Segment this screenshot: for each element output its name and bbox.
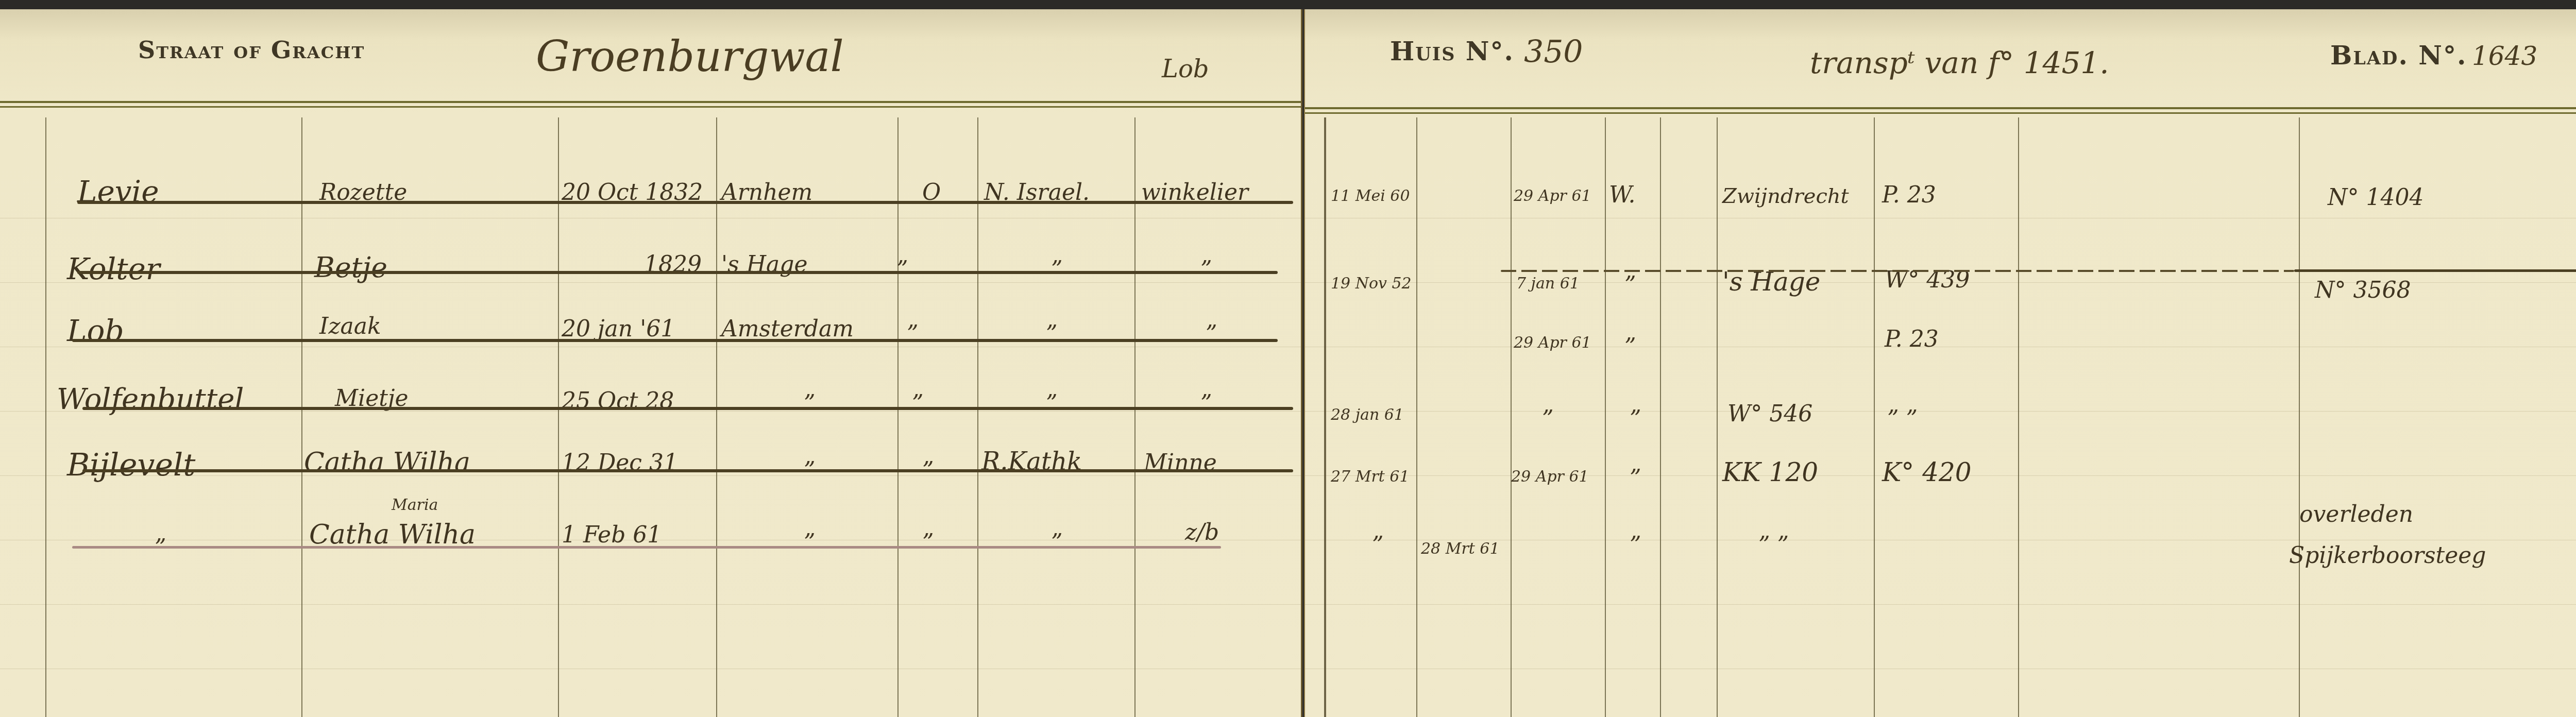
given-names-cell: Betje — [314, 251, 387, 284]
registration-date-cell: 29 Apr 61 — [1514, 187, 1591, 205]
street-name: Groenburgwal — [536, 32, 844, 81]
column-line — [1511, 117, 1512, 717]
civil-state-cell: ” — [922, 530, 934, 556]
strikethrough-line-red — [72, 546, 1221, 549]
mark-cell: ” — [1630, 406, 1641, 432]
header-rule-top — [1305, 107, 2576, 109]
birthplace-cell: ” — [804, 530, 816, 556]
strikethrough-line — [2294, 269, 2576, 272]
column-line — [897, 117, 899, 717]
remarks-cell: Spijkerboorsteeg — [2289, 542, 2486, 569]
strikethrough-line — [82, 407, 1293, 410]
given-names-line1-cell: Maria — [392, 496, 438, 514]
sheet-number: 1643 — [2472, 41, 2537, 71]
column-line — [2299, 117, 2300, 717]
birth-date-cell: 1 Feb 61 — [562, 522, 662, 548]
transport-note: transpᵗ van f° 1451. — [1810, 45, 2109, 80]
header-rule-bottom — [0, 106, 1301, 108]
remarks-cell: N° 1404 — [2328, 184, 2424, 211]
strikethrough-line — [77, 201, 1293, 204]
civil-state-cell: ” — [896, 257, 908, 283]
house-label: Huis N°. — [1390, 36, 1514, 66]
arrival-date-cell: 19 Nov 52 — [1331, 275, 1412, 293]
registration-date-cell: 29 Apr 61 — [1511, 468, 1589, 486]
occupation-cell: ” — [1200, 390, 1212, 417]
house-number: 350 — [1524, 34, 1583, 70]
column-line — [301, 117, 302, 717]
occupation-cell: z/b — [1185, 519, 1219, 545]
surname-cell: Lob — [67, 313, 124, 348]
from-place-cell: KK 120 — [1722, 457, 1818, 487]
given-names-cell: Catha Wilha — [304, 447, 470, 478]
religion-cell: ” — [1051, 530, 1063, 556]
left-page-header: Straat of Gracht Groenburgwal Lob — [0, 9, 1301, 105]
birth-date-cell: 20 jan '61 — [562, 316, 675, 342]
mark-cell: ” — [1630, 532, 1641, 558]
registration-date-cell: 29 Apr 61 — [1514, 334, 1591, 352]
civil-state-cell: ” — [912, 390, 924, 417]
arrival-date-cell: 11 Mei 60 — [1331, 187, 1410, 205]
arrival-date-cell: 27 Mrt 61 — [1331, 468, 1410, 486]
column-line — [2018, 117, 2019, 717]
right-page-header: Huis N°. 350 transpᵗ van f° 1451. Blad. … — [1305, 9, 2576, 105]
registration-date-cell: 7 jan 61 — [1516, 275, 1580, 293]
birth-date-cell: 25 Oct 28 — [562, 388, 674, 414]
left-page: Straat of Gracht Groenburgwal Lob Levie … — [0, 9, 1302, 717]
sheet-label: Blad. N°. — [2330, 40, 2467, 71]
surname-note: Lob — [1162, 55, 1209, 83]
registration-date-cell: ” — [1542, 406, 1554, 432]
occupation-cell: ” — [1206, 321, 1217, 347]
ref-cell: P. 23 — [1885, 326, 1939, 352]
birthplace-cell: Amsterdam — [721, 316, 854, 342]
header-rule-top — [0, 101, 1301, 103]
column-line — [1874, 117, 1875, 717]
from-place-cell: ” ” — [1758, 532, 1789, 558]
religion-cell: ” — [1051, 257, 1063, 283]
street-label: Straat of Gracht — [138, 36, 365, 64]
column-line — [1605, 117, 1606, 717]
ref-cell: P. 23 — [1882, 182, 1936, 208]
column-line — [1660, 117, 1661, 717]
right-page: Huis N°. 350 transpᵗ van f° 1451. Blad. … — [1304, 9, 2576, 717]
header-rule-bottom — [1305, 112, 2576, 114]
religion-cell: ” — [1046, 321, 1058, 347]
mark-cell: ” — [1630, 465, 1641, 491]
remarks-cell: N° 3568 — [2315, 277, 2411, 303]
register-spread: Straat of Gracht Groenburgwal Lob Levie … — [0, 0, 2576, 717]
from-place-cell: Zwijndrecht — [1722, 184, 1849, 208]
surname-cell: Bijlevelt — [67, 447, 195, 483]
civil-state-cell: ” — [907, 321, 919, 347]
column-line — [1717, 117, 1718, 717]
ref-cell: K° 420 — [1882, 457, 1972, 487]
arrival-date-cell: ” — [1372, 532, 1384, 558]
strikethrough-line — [82, 469, 1293, 472]
occupation-cell: ” — [1200, 257, 1212, 283]
column-line — [716, 117, 717, 717]
surname-cell: Wolfenbuttel — [57, 383, 244, 416]
remarks-line1-cell: overleden — [2299, 501, 2413, 527]
ref-cell: ” ” — [1887, 406, 1918, 432]
column-line — [977, 117, 978, 717]
mark-cell: W. — [1609, 182, 1636, 208]
column-line — [1416, 117, 1417, 717]
strikethrough-line — [77, 271, 1278, 274]
birthplace-cell: ” — [804, 390, 816, 417]
given-names-cell: Izaak — [319, 313, 381, 339]
from-place-cell: W° 546 — [1727, 401, 1812, 427]
given-names-cell: Catha Wilha — [309, 519, 476, 550]
strikethrough-line — [72, 339, 1278, 342]
mark-cell: ” — [1624, 272, 1636, 298]
dashed-strike-line — [1501, 270, 2294, 272]
column-line — [1324, 117, 1326, 717]
column-line — [45, 117, 46, 717]
arrival-date-cell: 28 jan 61 — [1331, 406, 1404, 424]
departure-date-cell: 28 Mrt 61 — [1421, 540, 1500, 558]
religion-cell: ” — [1046, 390, 1058, 417]
column-line — [1134, 117, 1136, 717]
column-line — [558, 117, 559, 717]
mark-cell: ” — [1624, 334, 1636, 360]
surname-cell: Kolter — [67, 251, 160, 286]
